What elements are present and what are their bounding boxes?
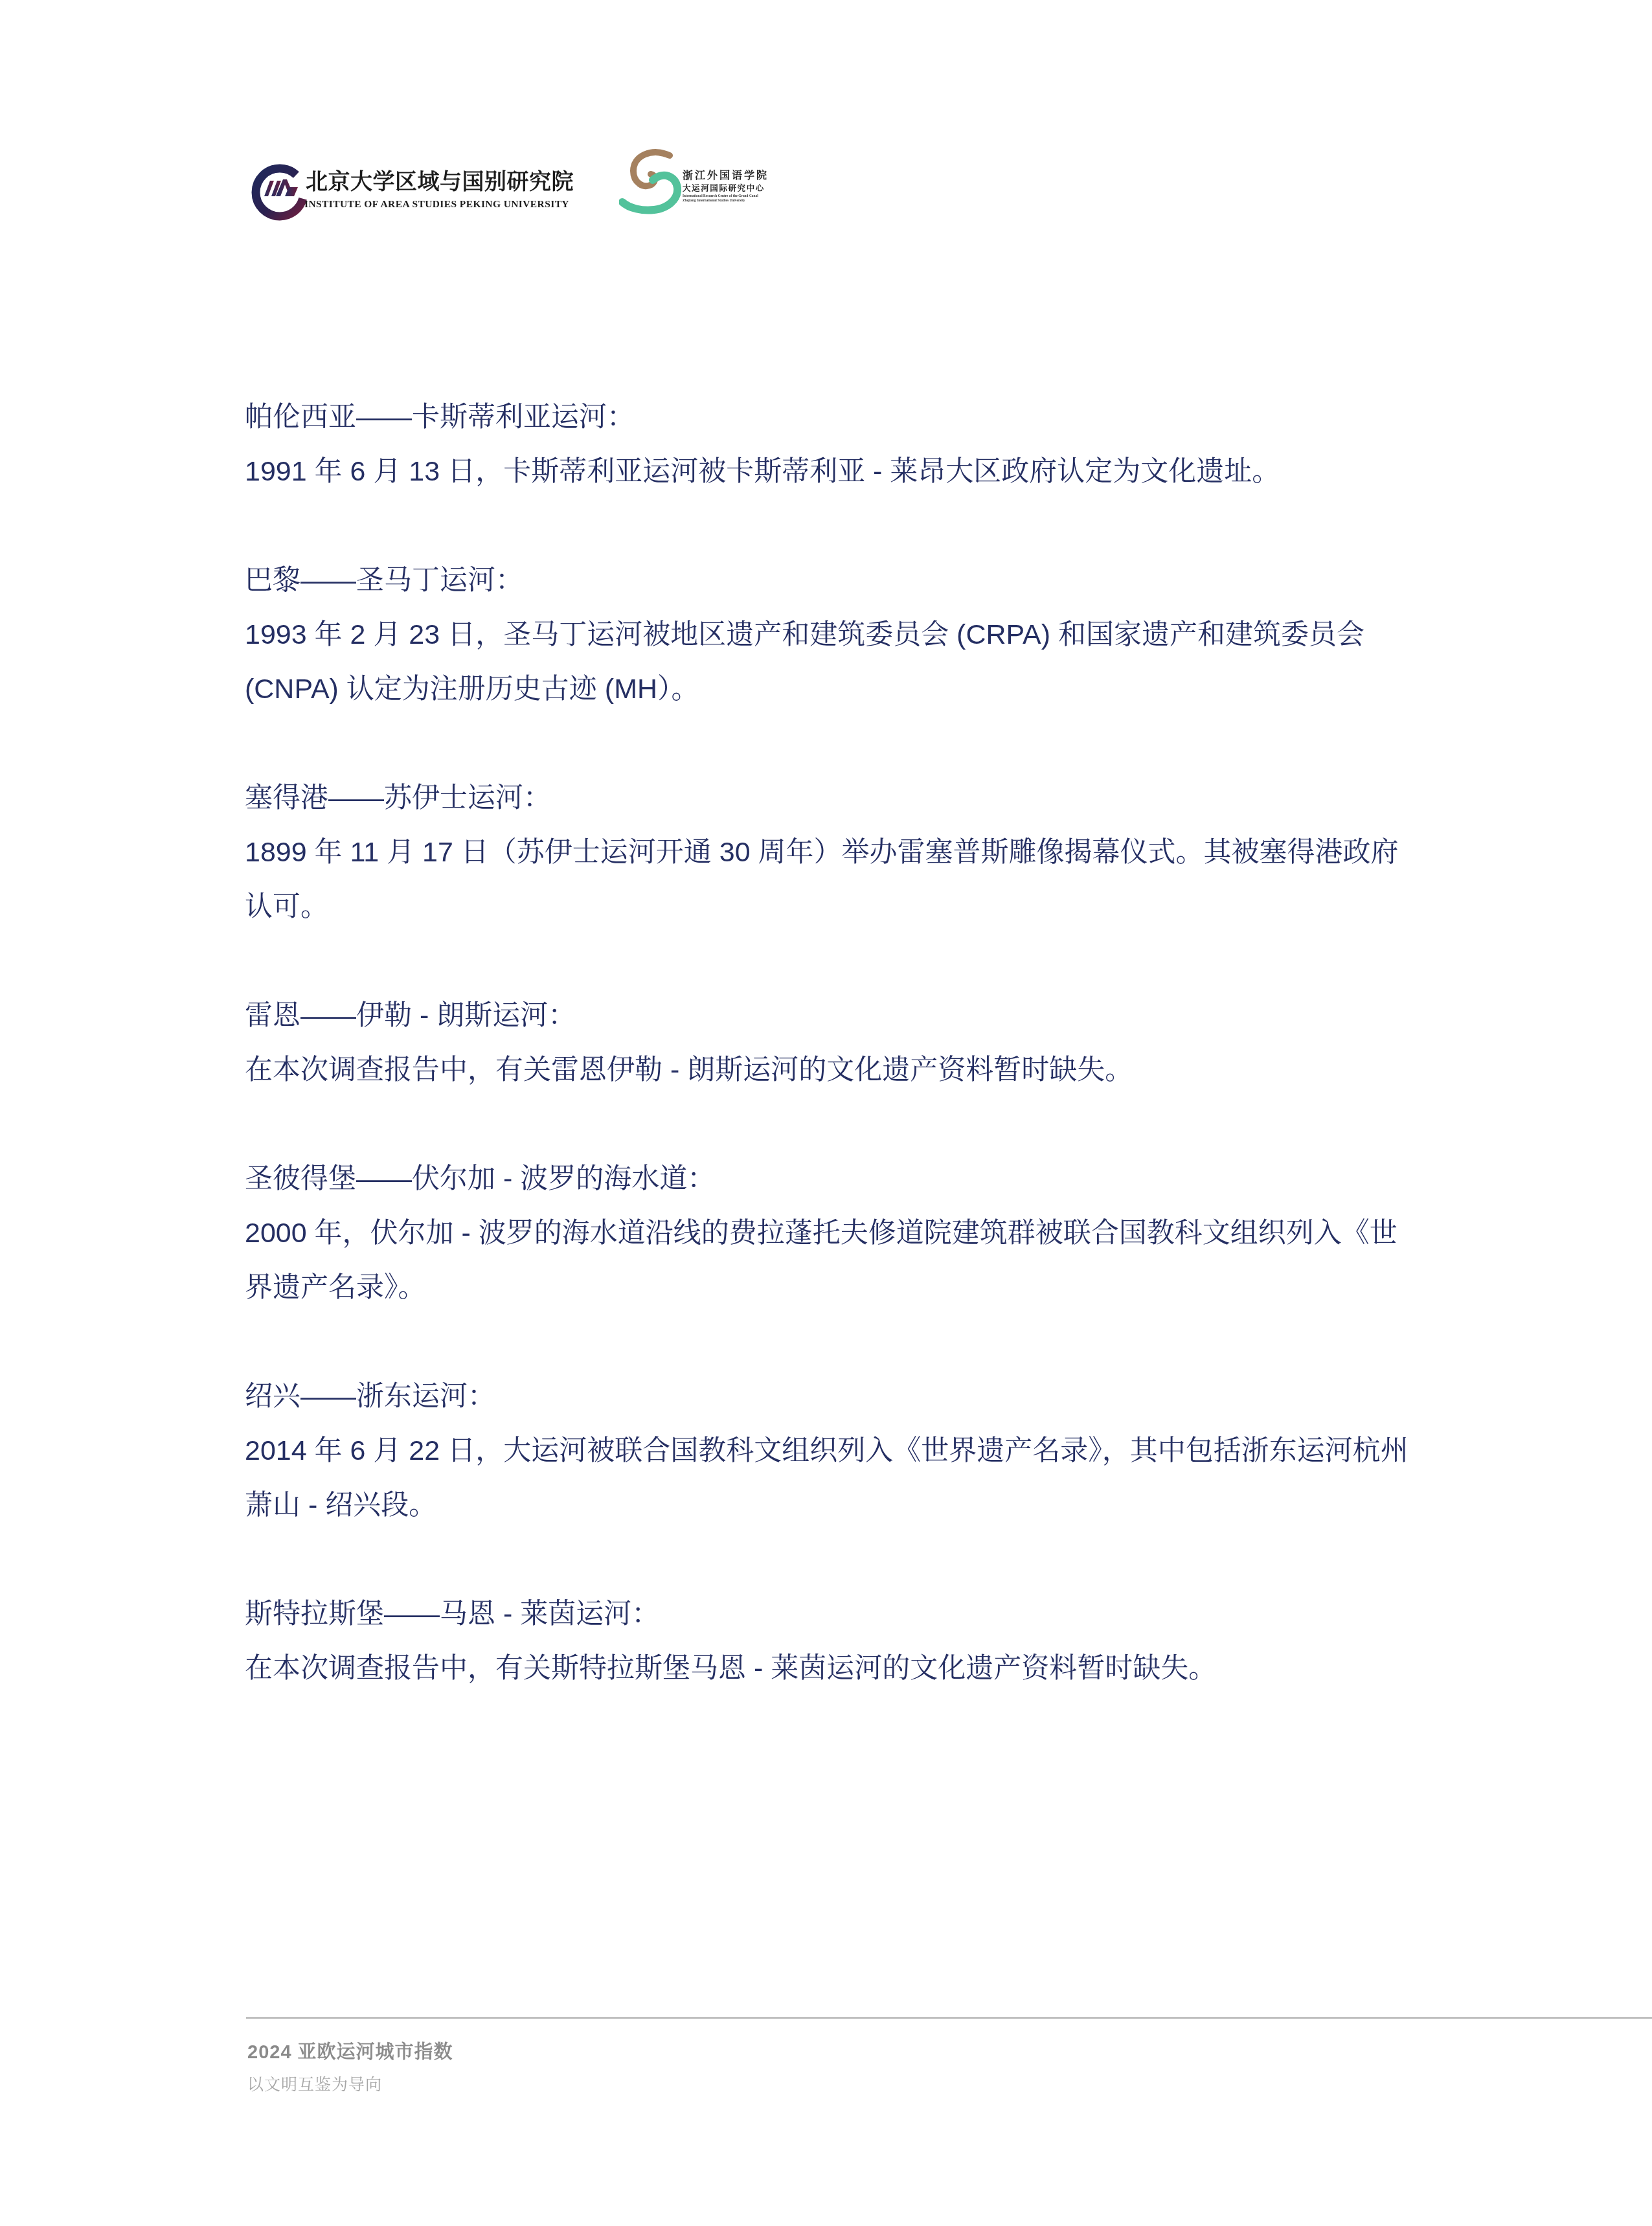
footer-report-subtitle: 以文明互鉴为导向 <box>247 2075 382 2095</box>
canal-entry-body: 在本次调查报告中，有关斯特拉斯堡马恩 - 莱茵运河的文化遗产资料暂时缺失。 <box>245 1641 1412 1696</box>
canal-entry: 帕伦西亚——卡斯蒂利亚运河： 1991 年 6 月 13 日，卡斯蒂利亚运河被卡… <box>245 390 1412 499</box>
canal-entry: 雷恩——伊勒 - 朗斯运河： 在本次调查报告中，有关雷恩伊勒 - 朗斯运河的文化… <box>245 988 1412 1097</box>
report-page: 北京大学区域与国别研究院 INSTITUTE OF AREA STUDIES P… <box>0 0 1652 2226</box>
canal-centre-name-en: International Research Centre of the Gra… <box>683 194 758 199</box>
grand-canal-swirl-icon <box>619 148 681 215</box>
canal-heritage-list: 帕伦西亚——卡斯蒂利亚运河： 1991 年 6 月 13 日，卡斯蒂利亚运河被卡… <box>245 390 1412 1696</box>
canal-entry-body: 2000 年，伏尔加 - 波罗的海水道沿线的费拉蓬托夫修道院建筑群被联合国教科文… <box>245 1206 1412 1315</box>
zisu-name-cn: 浙江外国语学院 <box>683 170 769 183</box>
pku-ias-logo-cn: 北京大学区域与国别研究院 <box>306 170 574 196</box>
canal-entry: 塞得港——苏伊士运河： 1899 年 11 月 17 日（苏伊士运河开通 30 … <box>245 771 1412 934</box>
pku-ias-logo-en: INSTITUTE OF AREA STUDIES PEKING UNIVERS… <box>304 198 569 211</box>
canal-entry-heading: 雷恩——伊勒 - 朗斯运河： <box>245 988 1412 1043</box>
canal-entry-body: 1993 年 2 月 23 日，圣马丁运河被地区遗产和建筑委员会 (CRPA) … <box>245 608 1412 716</box>
footer-divider <box>246 2017 1652 2019</box>
canal-entry: 斯特拉斯堡——马恩 - 莱茵运河： 在本次调查报告中，有关斯特拉斯堡马恩 - 莱… <box>245 1587 1412 1696</box>
canal-entry-body: 在本次调查报告中，有关雷恩伊勒 - 朗斯运河的文化遗产资料暂时缺失。 <box>245 1043 1412 1097</box>
canal-entry-heading: 巴黎——圣马丁运河： <box>245 553 1412 608</box>
footer-report-title: 2024 亚欧运河城市指数 <box>247 2041 453 2063</box>
canal-entry: 圣彼得堡——伏尔加 - 波罗的海水道： 2000 年，伏尔加 - 波罗的海水道沿… <box>245 1152 1412 1315</box>
pku-ias-logo: 北京大学区域与国别研究院 INSTITUTE OF AREA STUDIES P… <box>251 162 614 227</box>
canal-entry-body: 2014 年 6 月 22 日，大运河被联合国教科文组织列入《世界遗产名录》，其… <box>245 1424 1412 1532</box>
canal-entry-heading: 塞得港——苏伊士运河： <box>245 771 1412 825</box>
canal-entry: 巴黎——圣马丁运河： 1993 年 2 月 23 日，圣马丁运河被地区遗产和建筑… <box>245 553 1412 716</box>
canal-entry-heading: 帕伦西亚——卡斯蒂利亚运河： <box>245 390 1412 444</box>
canal-entry-heading: 斯特拉斯堡——马恩 - 莱茵运河： <box>245 1587 1412 1641</box>
canal-entry-body: 1991 年 6 月 13 日，卡斯蒂利亚运河被卡斯蒂利亚 - 莱昂大区政府认定… <box>245 444 1412 499</box>
canal-entry-body: 1899 年 11 月 17 日（苏伊士运河开通 30 周年）举办雷塞普斯雕像揭… <box>245 825 1412 934</box>
grand-canal-centre-logo: 浙江外国语学院 大运河国际研究中心 International Research… <box>619 148 891 222</box>
canal-entry-heading: 圣彼得堡——伏尔加 - 波罗的海水道： <box>245 1152 1412 1206</box>
canal-entry: 绍兴——浙东运河： 2014 年 6 月 22 日，大运河被联合国教科文组织列入… <box>245 1369 1412 1532</box>
zisu-name-en: Zhejiang International Studies Universit… <box>683 199 745 203</box>
canal-centre-name-cn: 大运河国际研究中心 <box>683 184 765 194</box>
canal-entry-heading: 绍兴——浙东运河： <box>245 1369 1412 1424</box>
